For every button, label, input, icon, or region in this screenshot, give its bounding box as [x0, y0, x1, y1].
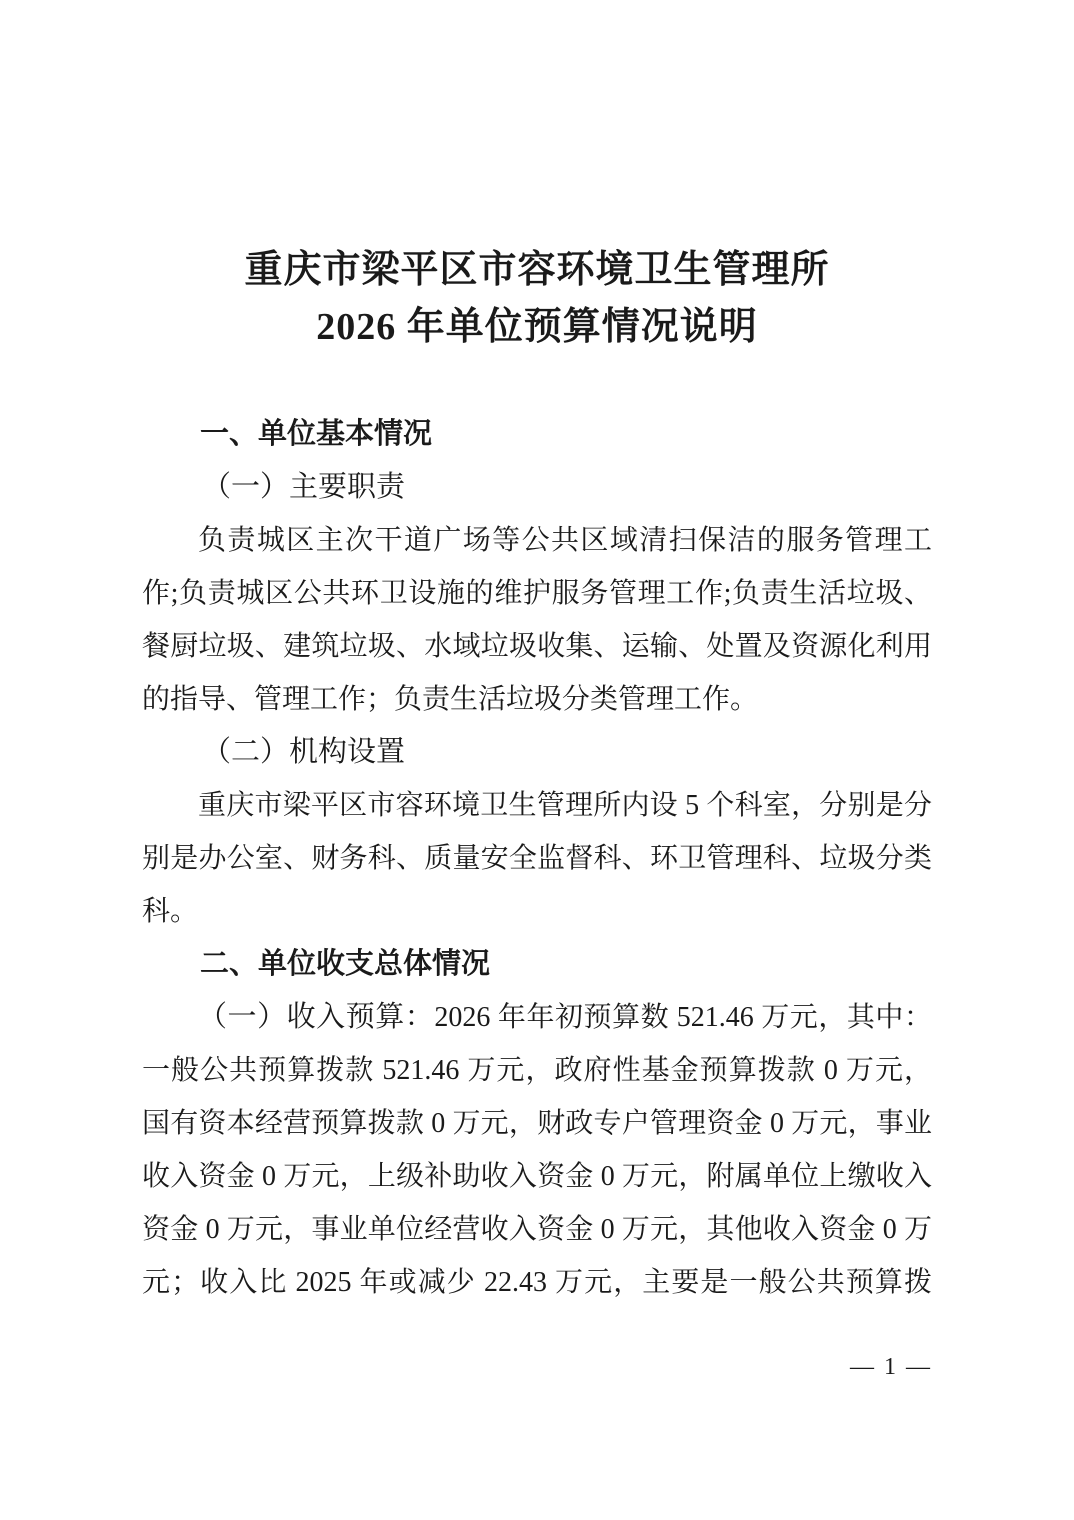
body-line: 别是办公室、财务科、质量安全监督科、环卫管理科、垃圾分类	[142, 832, 932, 885]
section1-heading: 一、单位基本情况	[142, 408, 932, 461]
section1-sub2-heading: （二）机构设置	[142, 726, 932, 779]
body-line: 资金 0 万元，事业单位经营收入资金 0 万元，其他收入资金 0 万	[142, 1203, 932, 1256]
section2-heading: 二、单位收支总体情况	[142, 938, 932, 991]
section1-sub1-heading: （一）主要职责	[142, 461, 932, 514]
body-line: 科。	[142, 885, 932, 938]
body-line: 元；收入比 2025 年或减少 22.43 万元，主要是一般公共预算拨	[142, 1256, 932, 1309]
body-line: （一）收入预算：2026 年年初预算数 521.46 万元，其中：	[142, 991, 932, 1044]
section2-sub1-lead-rest: 2026 年年初预算数 521.46 万元，其中：	[434, 1002, 932, 1033]
section2-sub1-lead: （一）收入预算：	[198, 1001, 434, 1033]
document-page: 重庆市梁平区市容环境卫生管理所 2026 年单位预算情况说明 一、单位基本情况 …	[0, 0, 1074, 1520]
body-line: 重庆市梁平区市容环境卫生管理所内设 5 个科室，分别是分	[142, 779, 932, 832]
body-line: 一般公共预算拨款 521.46 万元，政府性基金预算拨款 0 万元，	[142, 1044, 932, 1097]
body-line: 负责城区主次干道广场等公共区域清扫保洁的服务管理工	[142, 514, 932, 567]
body-line: 的指导、管理工作；负责生活垃圾分类管理工作。	[142, 673, 932, 726]
page-number: — 1 —	[850, 1354, 932, 1381]
body-line: 收入资金 0 万元，上级补助收入资金 0 万元，附属单位上缴收入	[142, 1150, 932, 1203]
document-title-line1: 重庆市梁平区市容环境卫生管理所	[0, 242, 1074, 299]
body-line: 餐厨垃圾、建筑垃圾、水域垃圾收集、运输、处置及资源化利用	[142, 620, 932, 673]
document-title-line2: 2026 年单位预算情况说明	[0, 299, 1074, 356]
body-line: 作;负责城区公共环卫设施的维护服务管理工作;负责生活垃圾、	[142, 567, 932, 620]
document-body: 一、单位基本情况 （一）主要职责 负责城区主次干道广场等公共区域清扫保洁的服务管…	[142, 408, 932, 1309]
document-title: 重庆市梁平区市容环境卫生管理所 2026 年单位预算情况说明	[0, 242, 1074, 356]
body-line: 国有资本经营预算拨款 0 万元，财政专户管理资金 0 万元，事业	[142, 1097, 932, 1150]
